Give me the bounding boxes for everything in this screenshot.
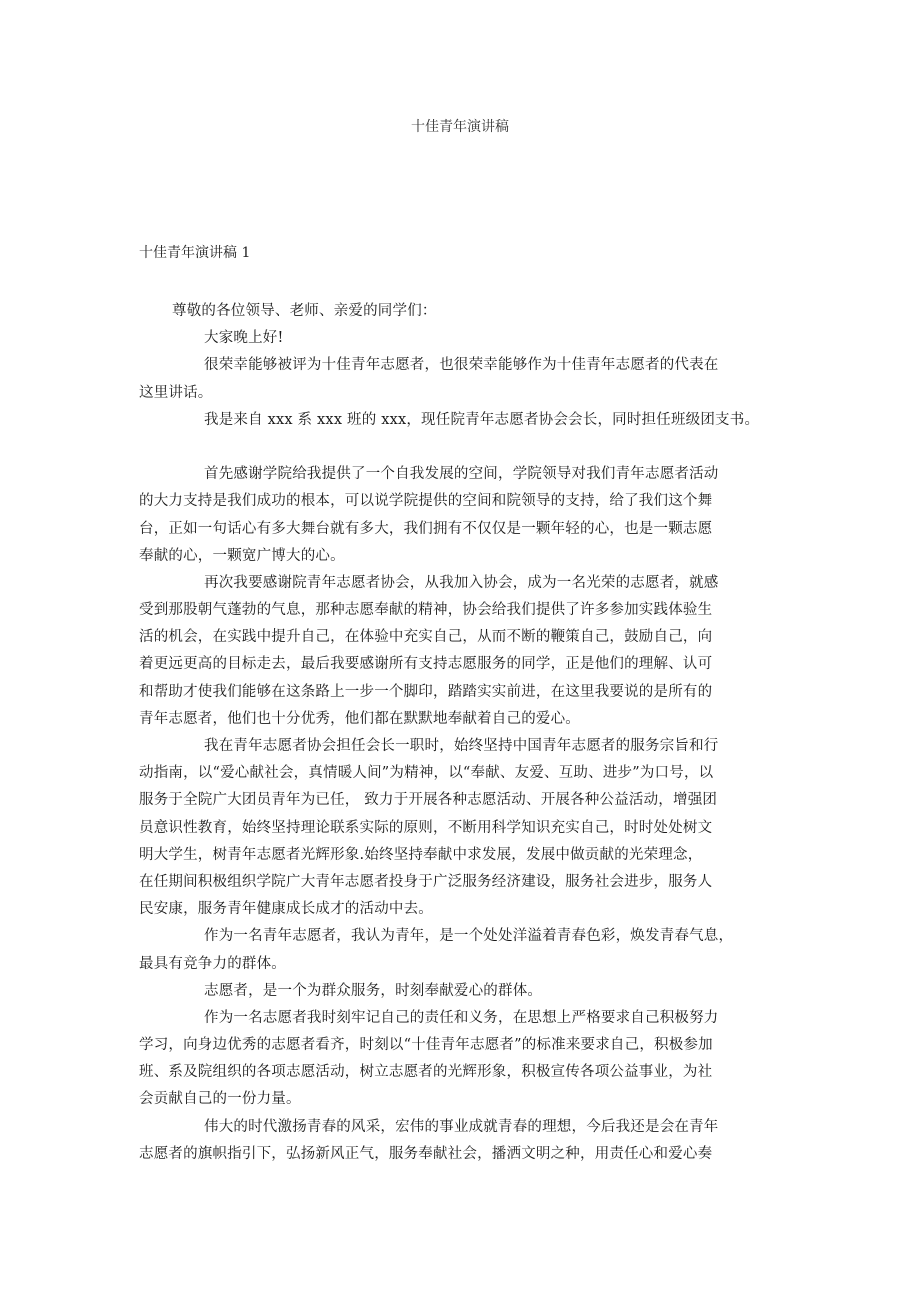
paragraph-line: 的大力支持是我们成功的根本，可以说学院提供的空间和院领导的支持，给了我们这个舞: [139, 488, 789, 515]
paragraph-line: 伟大的时代激扬青春的风采，宏伟的事业成就青春的理想，今后我还是会在青年: [139, 1114, 789, 1141]
paragraph-line: 作为一名志愿者我时刻牢记自己的责任和义务，在思想上严格要求自己积极努力: [139, 1005, 789, 1032]
paragraph-line: 动指南，以“爱心献社会，真情暖人间”为精神，以“奉献、友爱、互助、进步”为口号，…: [139, 760, 789, 787]
paragraph-line: 员意识性教育，始终坚持理论联系实际的原则，不断用科学知识充实自己，时时处处树文: [139, 815, 789, 842]
paragraph-line: 会贡献自己的一份力量。: [139, 1086, 789, 1113]
paragraph-line: 首先感谢学院给我提供了一个自我发展的空间，学院领导对我们青年志愿者活动: [139, 461, 789, 488]
paragraph-line: 明大学生，树青年志愿者光辉形象.始终坚持奉献中求发展，发展中做贡献的光荣理念，: [139, 842, 789, 869]
section-heading: 十佳青年演讲稿 1: [139, 243, 250, 263]
paragraph-line: 在任期间积极组织学院广大青年志愿者投身于广泛服务经济建设，服务社会进步，服务人: [139, 869, 789, 896]
paragraph-line: 最具有竞争力的群体。: [139, 951, 789, 978]
paragraph-line: 受到那股朝气蓬勃的气息，那种志愿奉献的精神，协会给我们提供了许多参加实践体验生: [139, 597, 789, 624]
paragraph-line: 服务于全院广大团员青年为已任， 致力于开展各种志愿活动、开展各种公益活动，增强团: [139, 787, 789, 814]
paragraph-line: 着更远更高的目标走去，最后我要感谢所有支持志愿服务的同学，正是他们的理解、认可: [139, 651, 789, 678]
paragraph-line: 台，正如一句话心有多大舞台就有多大，我们拥有不仅仅是一颗年轻的心，也是一颗志愿: [139, 516, 789, 543]
paragraph-line: 这里讲话。: [139, 380, 789, 407]
paragraph-line: 再次我要感谢院青年志愿者协会，从我加入协会，成为一名光荣的志愿者，就感: [139, 570, 789, 597]
paragraph-line: 我在青年志愿者协会担任会长一职时，始终坚持中国青年志愿者的服务宗旨和行: [139, 733, 789, 760]
paragraph-line: 青年志愿者，他们也十分优秀，他们都在默默地奉献着自己的爱心。: [139, 706, 789, 733]
paragraph-line: 志愿者，是一个为群众服务，时刻奉献爱心的群体。: [139, 978, 789, 1005]
document-body: 尊敬的各位领导、老师、亲爱的同学们： 大家晚上好! 很荣幸能够被评为十佳青年志愿…: [139, 298, 789, 1168]
paragraph-line: 活的机会，在实践中提升自己，在体验中充实自己，从而不断的鞭策自己，鼓励自己，向: [139, 624, 789, 651]
paragraph-line: 奉献的心，一颗宽广博大的心。: [139, 543, 789, 570]
blank-line: [139, 434, 789, 461]
document-title: 十佳青年演讲稿: [0, 117, 920, 137]
salutation-line: 尊敬的各位领导、老师、亲爱的同学们：: [139, 298, 789, 325]
paragraph-line: 和帮助才使我们能够在这条路上一步一个脚印，踏踏实实前进，在这里我要说的是所有的: [139, 679, 789, 706]
document-page: 十佳青年演讲稿 十佳青年演讲稿 1 尊敬的各位领导、老师、亲爱的同学们： 大家晚…: [0, 0, 920, 1302]
paragraph-line: 志愿者的旗帜指引下，弘扬新风正气，服务奉献社会，播洒文明之种，用责任心和爱心奏: [139, 1141, 789, 1168]
paragraph-line: 学习，向身边优秀的志愿者看齐，时刻以“十佳青年志愿者”的标准来要求自己，积极参加: [139, 1032, 789, 1059]
paragraph-line: 我是来自 xxx 系 xxx 班的 xxx，现任院青年志愿者协会会长，同时担任班…: [139, 407, 789, 434]
paragraph-line: 作为一名青年志愿者，我认为青年，是一个处处洋溢着青春色彩，焕发青春气息，: [139, 923, 789, 950]
paragraph-line: 班、系及院组织的各项志愿活动，树立志愿者的光辉形象，积极宣传各项公益事业，为社: [139, 1059, 789, 1086]
paragraph-line: 很荣幸能够被评为十佳青年志愿者，也很荣幸能够作为十佳青年志愿者的代表在: [139, 352, 789, 379]
greeting-line: 大家晚上好!: [139, 325, 789, 352]
paragraph-line: 民安康，服务青年健康成长成才的活动中去。: [139, 896, 789, 923]
